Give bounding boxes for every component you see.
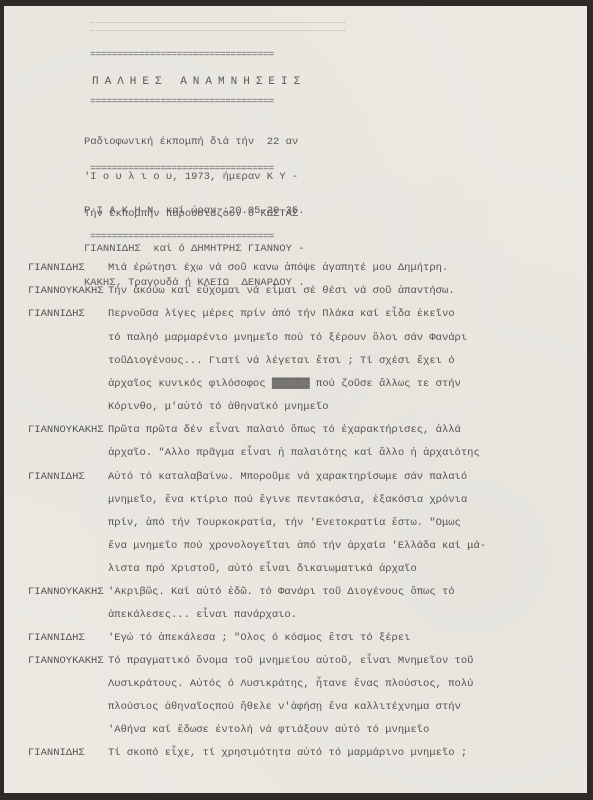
dialogue-text: Πρῶτα πρῶτα δέν εἶναι παλαιό ὅπως τό ἐχα… [108,424,461,436]
dialogue-line: πρίν, ἀπό τήν Τουρκοκρατία, τήν 'Ενετοκρ… [4,517,587,533]
dialogue-line: ἀρχαῖο. "Αλλο πρᾶγμα εἶναι ἡ παλαιότης κ… [4,447,587,463]
speaker-name: ΓΙΑΝΝΟΥΚΑΚΗΣ [28,424,104,436]
dialogue-line: ΓΙΑΝΝΟΥΚΑΚΗΣ 'Ακριβῶς. Καί αὐτό ἐδῶ. τό … [4,586,587,602]
dialogue-text: ἀπεκάλεσες... εἶναι πανάρχαιο. [108,609,297,621]
separator-rule: ================================== [90,232,355,243]
speaker-name: ΓΙΑΝΝΙΔΗΣ [28,747,85,759]
dialogue-text: ἀρχαῖος κυνικός φιλόσοφος ▓▓▓▓▓▓ πού ζοῦ… [108,378,461,390]
dialogue-line: Λυσικράτους. Αὐτός ό Λυσικράτης, ἦτανε ἕ… [4,678,587,694]
dialogue-text: πλούσιος ἀθηναῖοςπού ἤθελε ν'ἀφήσῃ ἕνα κ… [108,701,461,713]
dialogue-line: πλούσιος ἀθηναῖοςπού ἤθελε ν'ἀφήσῃ ἕνα κ… [4,701,587,717]
dialogue-text: τοῦΔιογένους... Γιατί νά λέγεται ἔτσι ; … [108,355,455,367]
dialogue-text: τό παληό μαρμαρένιο μνημεῖο πού τό ξέρου… [108,332,467,344]
dialogue-line: ΓΙΑΝΝΙΔΗΣ 'Εγώ τό ἀπεκάλεσα ; "Ολος ό κό… [4,632,587,648]
dialogue-text: 'Ακριβῶς. Καί αὐτό ἐδῶ. τό Φανάρι τοῦ Δι… [108,586,455,598]
dialogue-text: μνημεῖο, ἕνα κτίριο πού ἔγινε πεντακόσια… [108,494,467,506]
faint-dotted-line [90,30,345,31]
dialogue-line: 'Αθήνα καί ἔδωσε ἐντολή νά φτιάξουν αὐτό… [4,724,587,740]
dialogue-text: Αὐτό τό καταλαβαίνω. Μποροῦμε νά χαρακτη… [108,471,467,483]
dialogue-line: Κόρινθο, μ'αὐτό τό ἀθηναϊκό μνημεῖο [4,401,587,417]
typewritten-page: ================================== ΠΑΛΗΕ… [4,6,587,793]
speaker-name: ΓΙΑΝΝΟΥΚΑΚΗΣ [28,655,104,667]
dialogue-line: ΓΙΑΝΝΙΔΗΣ Τί σκοπό εἶχε, τί χρησιμότητα … [4,747,587,763]
dialogue-line: ΓΙΑΝΝΙΔΗΣ Περνοῦσα λίγες μέρες πρίν ἀπό … [4,308,587,324]
dialogue-line: τοῦΔιογένους... Γιατί νά λέγεται ἔτσι ; … [4,355,587,371]
dialogue-text: 'Εγώ τό ἀπεκάλεσα ; "Ολος ό κόσμος ἔτσι … [108,632,410,644]
credits-line: Τήν έκπομπήν παρουσιάζουν ό ΚΩΣΤΑΣ [84,209,305,221]
dialogue-text: λιστα πρό Χριστοῦ, αὐτό εἶναι δικαιωματι… [108,563,417,575]
dialogue-line: ΓΙΑΝΝΟΥΚΑΚΗΣ Τήν ἀκούω καί εὔχομαι νά εἶ… [4,285,587,301]
separator-rule: ================================== [90,164,340,175]
speaker-name: ΓΙΑΝΝΙΔΗΣ [28,632,85,644]
dialogue-text: Περνοῦσα λίγες μέρες πρίν ἀπό τήν Πλάκα … [108,308,455,320]
dialogue-text: Τήν ἀκούω καί εὔχομαι νά εἶμαι σέ θέσι ν… [108,285,455,297]
dialogue-text: Λυσικράτους. Αὐτός ό Λυσικράτης, ἦτανε ἕ… [108,678,473,690]
credits-line: ΓΙΑΝΝΙΔΗΣ καί ό ΔΗΜΗΤΡΗΣ ΓΙΑΝΝΟΥ - [84,244,305,256]
document-title: ΠΑΛΗΕΣ ΑΝΑΜΝΗΣΕΙΣ [92,76,306,88]
dialogue-text: Τί σκοπό εἶχε, τί χρησιμότητα αὐτό τό μα… [108,747,467,759]
speaker-name: ΓΙΑΝΝΙΔΗΣ [28,262,85,274]
separator-rule: ================================== [90,97,340,108]
dialogue-text: ἀρχαῖο. "Αλλο πρᾶγμα εἶναι ἡ παλαιότης κ… [108,447,480,459]
dialogue-text: ἕνα μνημεῖο πού χρονολογεῖται ἀπό τήν ἀρ… [108,540,486,552]
dialogue-line: ΓΙΑΝΝΟΥΚΑΚΗΣ Πρῶτα πρῶτα δέν εἶναι παλαι… [4,424,587,440]
dialogue-text: πρίν, ἀπό τήν Τουρκοκρατία, τήν 'Ενετοκρ… [108,517,461,529]
speaker-name: ΓΙΑΝΝΙΔΗΣ [28,308,85,320]
dialogue-line: λιστα πρό Χριστοῦ, αὐτό εἶναι δικαιωματι… [4,563,587,579]
separator-rule: ================================== [90,50,340,61]
broadcast-info-line: Ραδιοφωνική έκπομπή διά τήν 22 αν [84,137,305,149]
dialogue-line: ΓΙΑΝΝΟΥΚΑΚΗΣ Τό πραγματικό ὄνομα τοῦ μνη… [4,655,587,671]
dialogue-line: ΓΙΑΝΝΙΔΗΣ Μιά έρώτησι έχω νά σοῦ κανω ἀπ… [4,262,587,278]
speaker-name: ΓΙΑΝΝΟΥΚΑΚΗΣ [28,285,104,297]
dialogue-text: Μιά έρώτησι έχω νά σοῦ κανω ἀπόψε ἀγαπητ… [108,262,448,274]
faint-dotted-line [90,22,345,23]
speaker-name: ΓΙΑΝΝΙΔΗΣ [28,471,85,483]
dialogue-text: 'Αθήνα καί ἔδωσε ἐντολή νά φτιάξουν αὐτό… [108,724,429,736]
speaker-name: ΓΙΑΝΝΟΥΚΑΚΗΣ [28,586,104,598]
dialogue-line: ἕνα μνημεῖο πού χρονολογεῖται ἀπό τήν ἀρ… [4,540,587,556]
dialogue-line: τό παληό μαρμαρένιο μνημεῖο πού τό ξέρου… [4,332,587,348]
dialogue-line: ἀρχαῖος κυνικός φιλόσοφος ▓▓▓▓▓▓ πού ζοῦ… [4,378,587,394]
dialogue-text: Τό πραγματικό ὄνομα τοῦ μνημείου αὐτοῦ, … [108,655,473,667]
dialogue-line: μνημεῖο, ἕνα κτίριο πού ἔγινε πεντακόσια… [4,494,587,510]
dialogue-text: Κόρινθο, μ'αὐτό τό ἀθηναϊκό μνημεῖο [108,401,329,413]
dialogue-line: ἀπεκάλεσες... εἶναι πανάρχαιο. [4,609,587,625]
dialogue-line: ΓΙΑΝΝΙΔΗΣ Αὐτό τό καταλαβαίνω. Μποροῦμε … [4,471,587,487]
